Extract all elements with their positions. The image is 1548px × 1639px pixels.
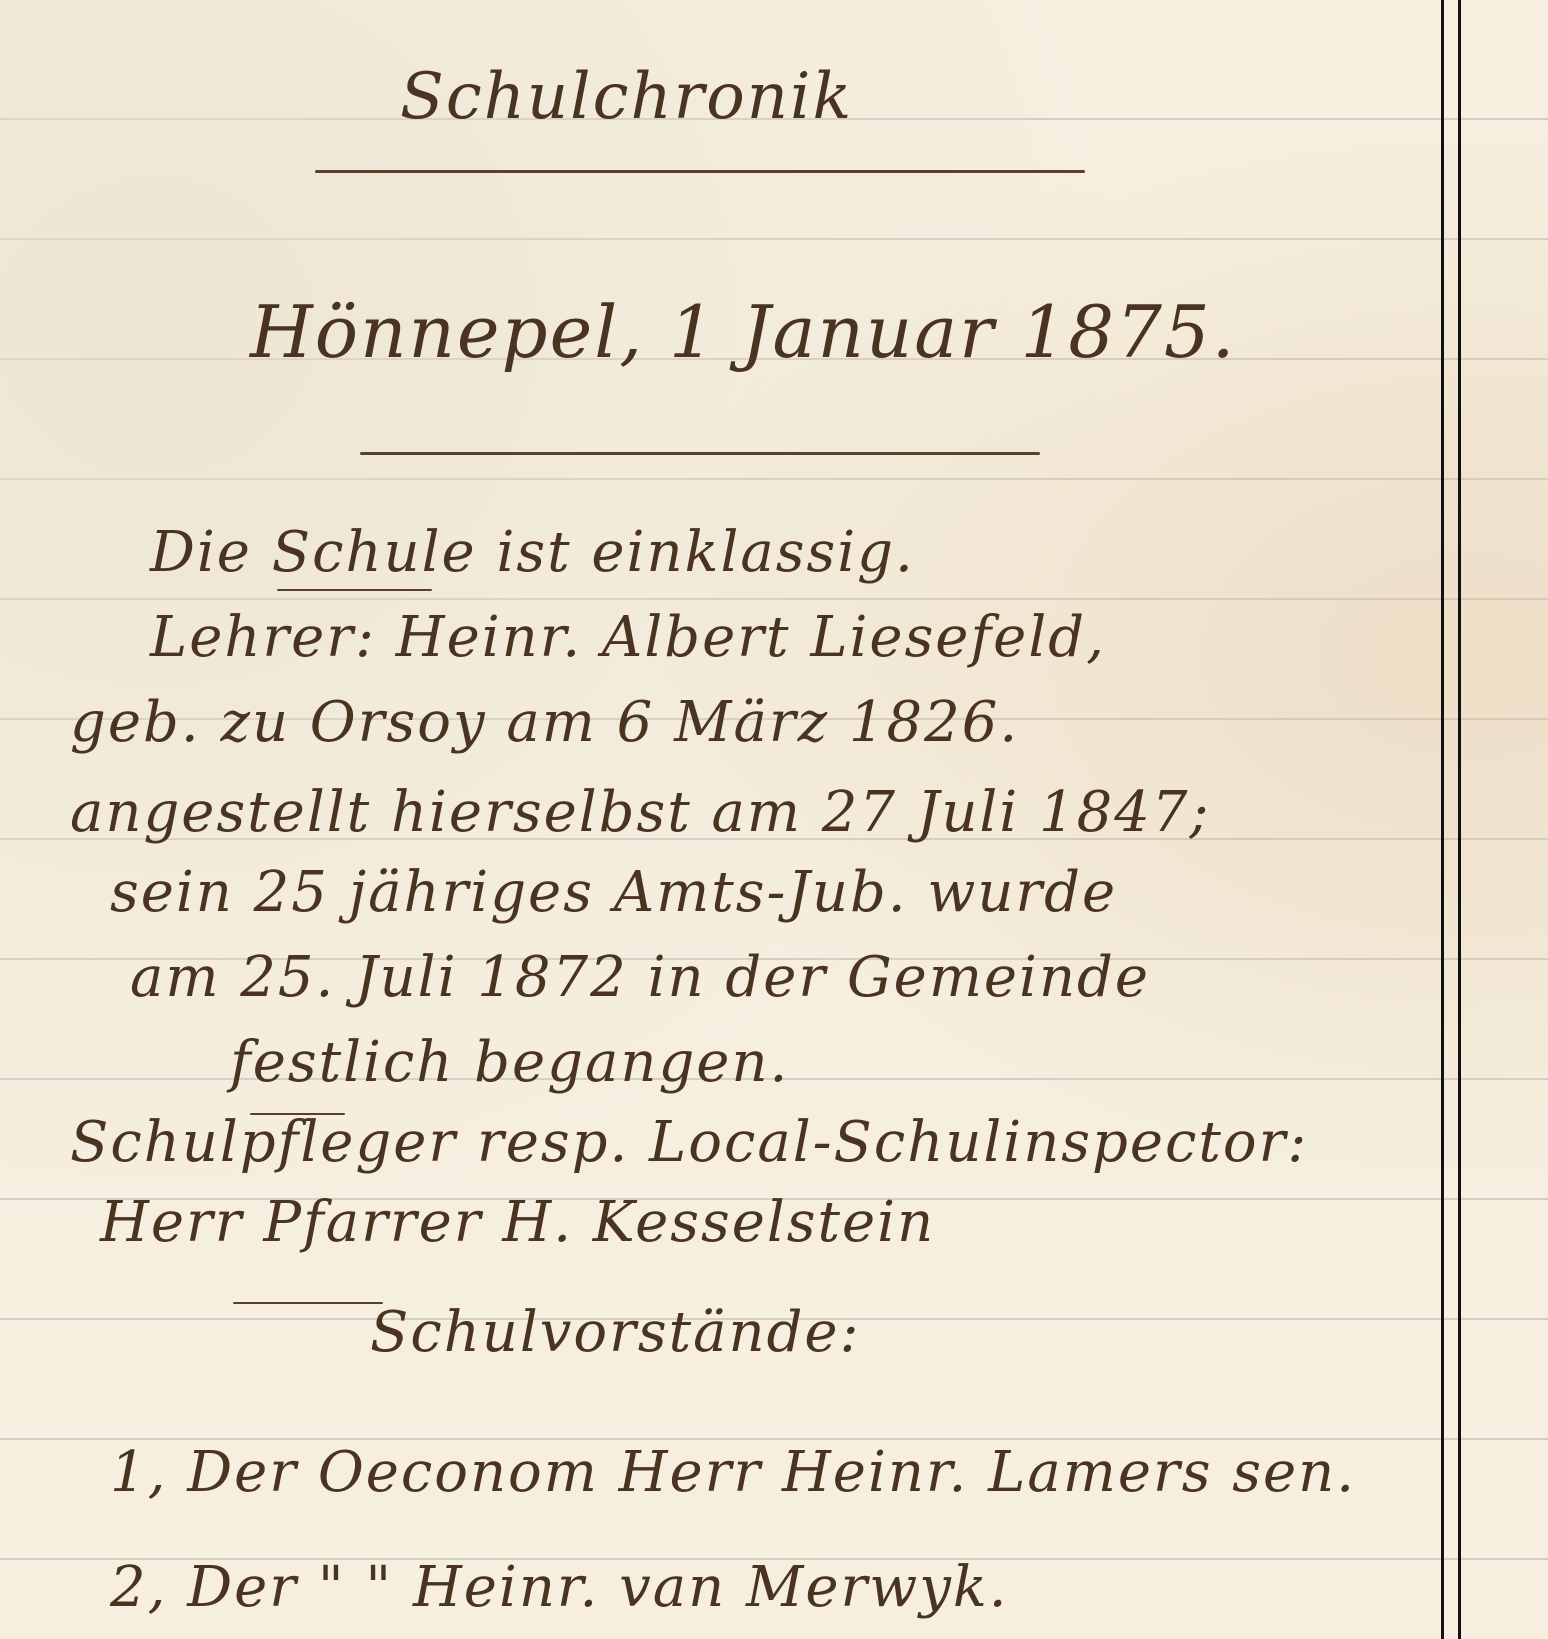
text-line-9: Herr Pfarrer H. Kesselstein	[100, 1190, 935, 1255]
document-title: Schulchronik	[400, 60, 853, 134]
text-line-10: Schulvorstände:	[370, 1300, 860, 1365]
text-line-12: 2, Der " " Heinr. van Merwyk.	[110, 1555, 1009, 1620]
text-line-5: sein 25 jähriges Amts-Jub. wurde	[110, 860, 1117, 925]
text-line-3: geb. zu Orsoy am 6 März 1826.	[70, 690, 1019, 755]
underline-ist	[277, 589, 432, 591]
text-line-4: angestellt hierselbst am 27 Juli 1847;	[70, 780, 1210, 845]
text-line-11: 1, Der Oeconom Herr Heinr. Lamers sen.	[110, 1440, 1356, 1505]
underline-pfarrer	[233, 1302, 383, 1304]
text-line-6: am 25. Juli 1872 in der Gemeinde	[130, 945, 1150, 1010]
text-line-7: festlich begangen.	[230, 1030, 789, 1095]
text-line-1: Die Schule ist einklassig.	[150, 520, 915, 585]
text-line-8: Schulpfleger resp. Local-Schulinspector:	[70, 1110, 1308, 1175]
text-line-2: Lehrer: Heinr. Albert Liesefeld,	[150, 605, 1106, 670]
margin-rule-right	[1458, 0, 1461, 1639]
heading-underline	[360, 452, 1040, 455]
document-page: Schulchronik Hönnepel, 1 Januar 1875. Di…	[0, 0, 1548, 1639]
title-underline	[315, 170, 1085, 173]
place-date-heading: Hönnepel, 1 Januar 1875.	[250, 290, 1237, 374]
margin-rule-left	[1441, 0, 1444, 1639]
